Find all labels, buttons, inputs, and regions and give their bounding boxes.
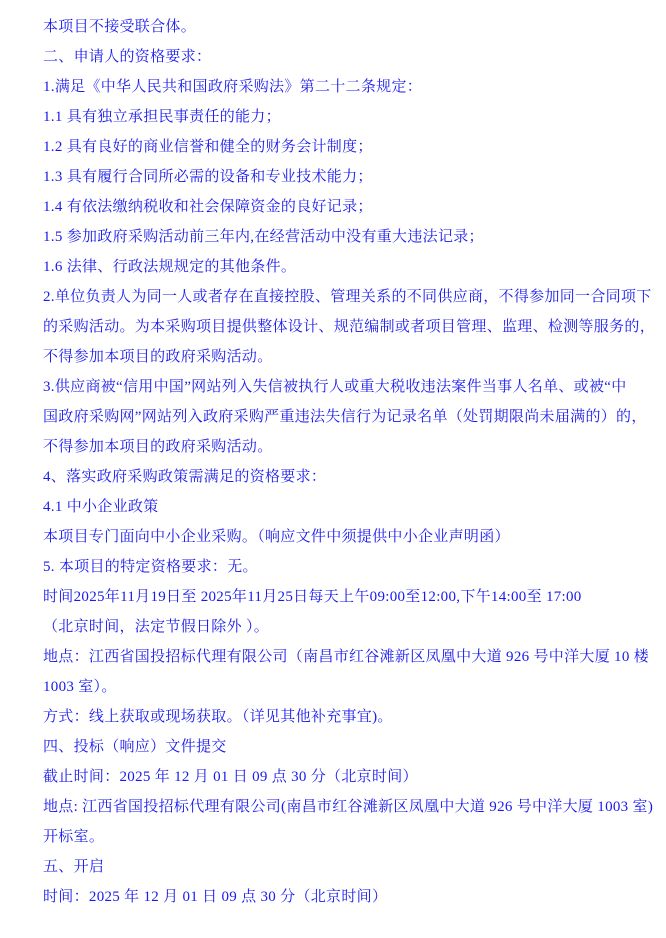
- document-line: 1.6 法律、行政法规规定的其他条件。: [43, 252, 646, 282]
- document-line: 3.供应商被“信用中国”网站列入失信被执行人或重大税收违法案件当事人名单、或被“…: [43, 372, 646, 402]
- document-line: 的采购活动。为本采购项目提供整体设计、规范编制或者项目管理、监理、检测等服务的，: [43, 312, 646, 342]
- document-line: 不得参加本项目的政府采购活动。: [43, 432, 646, 462]
- document-line: 本项目专门面向中小企业采购。（响应文件中须提供中小企业声明函）: [43, 522, 646, 552]
- document-line: 1003 室）。: [43, 672, 646, 702]
- document-line: （北京时间，法定节假日除外 ）。: [43, 612, 646, 642]
- document-line: 1.满足《中华人民共和国政府采购法》第二十二条规定：: [43, 72, 646, 102]
- document-line: 1.5 参加政府采购活动前三年内,在经营活动中没有重大违法记录；: [43, 222, 646, 252]
- document-line: 地点：江西省国投招标代理有限公司（南昌市红谷滩新区凤凰中大道 926 号中洋大厦…: [43, 642, 646, 672]
- document-line: 四、投标（响应）文件提交: [43, 732, 646, 762]
- document-line: 二、申请人的资格要求：: [43, 42, 646, 72]
- document-lines: 本项目不接受联合体。二、申请人的资格要求：1.满足《中华人民共和国政府采购法》第…: [43, 12, 646, 912]
- document-line: 5. 本项目的特定资格要求：无。: [43, 552, 646, 582]
- document-line: 4.1 中小企业政策: [43, 492, 646, 522]
- document-line: 1.2 具有良好的商业信誉和健全的财务会计制度；: [43, 132, 646, 162]
- document-line: 2.单位负责人为同一人或者存在直接控股、管理关系的不同供应商，不得参加同一合同项…: [43, 282, 646, 312]
- document-line: 4、落实政府采购政策需满足的资格要求：: [43, 462, 646, 492]
- document-line: 地点: 江西省国投招标代理有限公司(南昌市红谷滩新区凤凰中大道 926 号中洋大…: [43, 792, 646, 822]
- document-line: 国政府采购网”网站列入政府采购严重违法失信行为记录名单（处罚期限尚未届满的）的，: [43, 402, 646, 432]
- document-line: 方式：线上获取或现场获取。（详见其他补充事宜)。: [43, 702, 646, 732]
- document-line: 1.4 有依法缴纳税收和社会保障资金的良好记录；: [43, 192, 646, 222]
- document-line: 开标室。: [43, 822, 646, 852]
- document-line: 不得参加本项目的政府采购活动。: [43, 342, 646, 372]
- document-line: 1.1 具有独立承担民事责任的能力；: [43, 102, 646, 132]
- document-line: 时间：2025 年 12 月 01 日 09 点 30 分（北京时间）: [43, 882, 646, 912]
- document-line: 时间2025年11月19日至 2025年11月25日每天上午09:00至12:0…: [43, 582, 646, 612]
- document-line: 本项目不接受联合体。: [43, 12, 646, 42]
- procurement-notice-document: 本项目不接受联合体。二、申请人的资格要求：1.满足《中华人民共和国政府采购法》第…: [0, 0, 666, 938]
- document-line: 五、开启: [43, 852, 646, 882]
- document-line: 1.3 具有履行合同所必需的设备和专业技术能力；: [43, 162, 646, 192]
- document-line: 截止时间：2025 年 12 月 01 日 09 点 30 分（北京时间）: [43, 762, 646, 792]
